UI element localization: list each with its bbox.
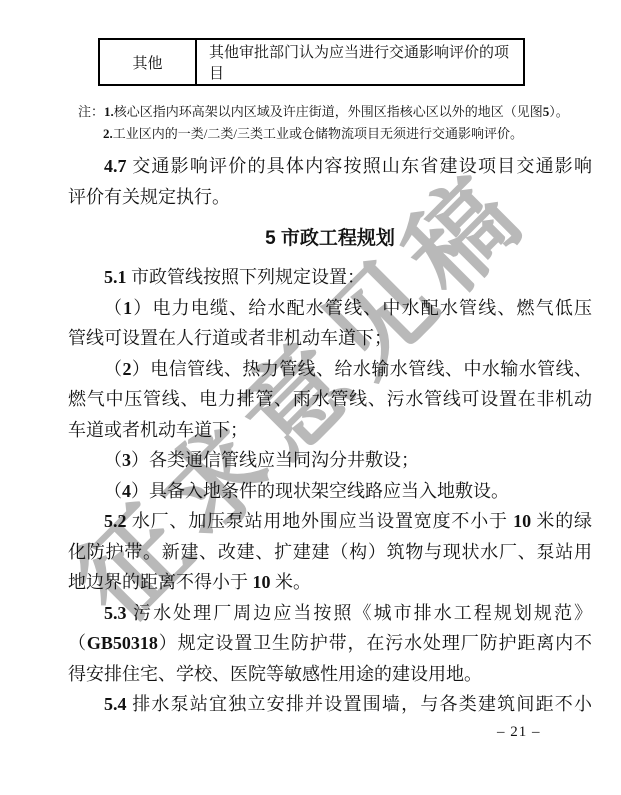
bold-text-segment: 4.7 [104,156,132,176]
text-segment: ）规定设置卫生防护带，在污水处理厂防护距离内不 [158,633,592,653]
text-segment: 污水处理厂周边应当按照《城市排水工程规划规范》 [133,603,592,623]
text-line: 管线可设置在人行道或者非机动车道下； [68,323,592,354]
text-segment: 管线可设置在人行道或者非机动车道下； [68,328,392,348]
bold-text-segment: GB50318 [87,633,158,653]
bold-text-segment: 10 [513,511,531,531]
page-number: – 21 – [497,724,541,741]
section-heading-5: 5 市政工程规划 [68,224,592,254]
text-line: 4.7 交通影响评价的具体内容按照山东省建设项目交通影响 [68,151,592,182]
text-segment: 米。 [271,572,312,592]
bold-text-segment: 1 [123,298,132,318]
text-segment: 地边界的距离不得小于 [68,572,253,592]
bold-text-segment: 4 [122,481,131,501]
text-segment: ）电力电缆、给水配水管线、中水配水管线、燃气低压 [132,298,592,318]
text-segment: （ [104,359,122,379]
text-segment: 米的绿 [531,511,592,531]
text-segment: 燃气中压管线、电力排管、雨水管线、污水管线可设置在非机动 [68,389,592,409]
text-segment: （ [104,450,122,470]
document-body-text: 注：1.核心区指内环高架以内区域及许庄街道，外围区指核心区以外的地区（见图5）。… [68,101,592,720]
para-4-7: 4.7 交通影响评价的具体内容按照山东省建设项目交通影响评价有关规定执行。 [68,151,592,212]
para-5-3: 5.3 污水处理厂周边应当按照《城市排水工程规划规范》（GB50318）规定设置… [68,598,592,690]
text-line: 得安排住宅、学校、医院等敏感性用途的建设用地。 [68,659,592,690]
para-5-1: 5.1 市政管线按照下列规定设置： [68,262,592,293]
list-item-1: （1）电力电缆、给水配水管线、中水配水管线、燃气低压管线可设置在人行道或者非机动… [68,293,592,354]
text-segment: ）。 [549,104,569,119]
text-segment: 排水泵站宜独立安排并设置围墙，与各类建筑间距不小 [132,694,592,714]
text-line: 2.工业区内的一类/二类/三类工业或仓储物流项目无须进行交通影响评价。 [68,123,592,145]
text-segment: 得安排住宅、学校、医院等敏感性用途的建设用地。 [68,664,482,684]
bold-text-segment: 3 [122,450,131,470]
approval-items-table: 其他 其他审批部门认为应当进行交通影响评价的项目 [98,38,525,86]
para-5-2: 5.2 水厂、加压泵站用地外围应当设置宽度不小于 10 米的绿化防护带。新建、改… [68,506,592,598]
text-line: 化防护带。新建、改建、扩建建（构）筑物与现状水厂、泵站用 [68,537,592,568]
list-item-2: （2）电信管线、热力管线、给水输水管线、中水输水管线、燃气中压管线、电力排管、雨… [68,354,592,446]
para-5-4: 5.4 排水泵站宜独立安排并设置围墙，与各类建筑间距不小 [68,689,592,720]
table-cell-category: 其他 [99,39,196,85]
text-line: 评价有关规定执行。 [68,182,592,213]
bold-text-segment: 1. [104,104,114,119]
bold-text-segment: 5.1 [104,267,131,287]
text-segment: 市政管线按照下列规定设置： [131,267,365,287]
text-segment: 核心区指内环高架以内区域及许庄街道，外围区指核心区以外的地区（见图 [114,104,543,119]
text-line: 5.4 排水泵站宜独立安排并设置围墙，与各类建筑间距不小 [68,689,592,720]
notes-block: 注：1.核心区指内环高架以内区域及许庄街道，外围区指核心区以外的地区（见图5）。… [68,101,592,145]
list-item-4: （4）具备入地条件的现状架空线路应当入地敷设。 [68,476,592,507]
text-line: （1）电力电缆、给水配水管线、中水配水管线、燃气低压 [68,293,592,324]
text-line: （GB50318）规定设置卫生防护带，在污水处理厂防护距离内不 [68,628,592,659]
bold-text-segment: 2. [103,126,113,141]
text-segment: （ [104,298,123,318]
text-segment: ）各类通信管线应当同沟分井敷设； [131,450,419,470]
text-segment: 车道或者机动车道下； [68,420,248,440]
text-line: 5.2 水厂、加压泵站用地外围应当设置宽度不小于 10 米的绿 [68,506,592,537]
text-line: 注：1.核心区指内环高架以内区域及许庄街道，外围区指核心区以外的地区（见图5）。 [68,101,592,123]
text-line: 地边界的距离不得小于 10 米。 [68,567,592,598]
text-segment: （ [68,633,87,653]
bold-text-segment: 5.4 [104,694,132,714]
text-line: （3）各类通信管线应当同沟分井敷设； [68,445,592,476]
table-row: 其他 其他审批部门认为应当进行交通影响评价的项目 [99,39,524,85]
bold-text-segment: 5.2 [104,511,132,531]
text-segment: 评价有关规定执行。 [68,187,230,207]
text-line: 5.3 污水处理厂周边应当按照《城市排水工程规划规范》 [68,598,592,629]
text-segment: 工业区内的一类/二类/三类工业或仓储物流项目无须进行交通影响评价。 [113,126,523,141]
text-line: （2）电信管线、热力管线、给水输水管线、中水输水管线、 [68,354,592,385]
bold-text-segment: 10 [253,572,271,592]
document-content-area: 其他 其他审批部门认为应当进行交通影响评价的项目 注：1.核心区指内环高架以内区… [0,0,621,720]
list-item-3: （3）各类通信管线应当同沟分井敷设； [68,445,592,476]
text-segment: ）电信管线、热力管线、给水输水管线、中水输水管线、 [131,359,592,379]
text-line: 燃气中压管线、电力排管、雨水管线、污水管线可设置在非机动 [68,384,592,415]
text-segment: （ [104,481,122,501]
text-line: （4）具备入地条件的现状架空线路应当入地敷设。 [68,476,592,507]
text-segment: 注： [78,104,104,119]
text-segment: 水厂、加压泵站用地外围应当设置宽度不小于 [132,511,513,531]
text-line: 5.1 市政管线按照下列规定设置： [68,262,592,293]
text-segment: ）具备入地条件的现状架空线路应当入地敷设。 [131,481,509,501]
text-line: 车道或者机动车道下； [68,415,592,446]
text-segment: 化防护带。新建、改建、扩建建（构）筑物与现状水厂、泵站用 [68,542,592,562]
text-segment: 交通影响评价的具体内容按照山东省建设项目交通影响 [132,156,592,176]
document-page: 征求意见稿 其他 其他审批部门认为应当进行交通影响评价的项目 注：1.核心区指内… [0,0,621,795]
bold-text-segment: 5.3 [104,603,133,623]
table-cell-description: 其他审批部门认为应当进行交通影响评价的项目 [196,39,524,85]
